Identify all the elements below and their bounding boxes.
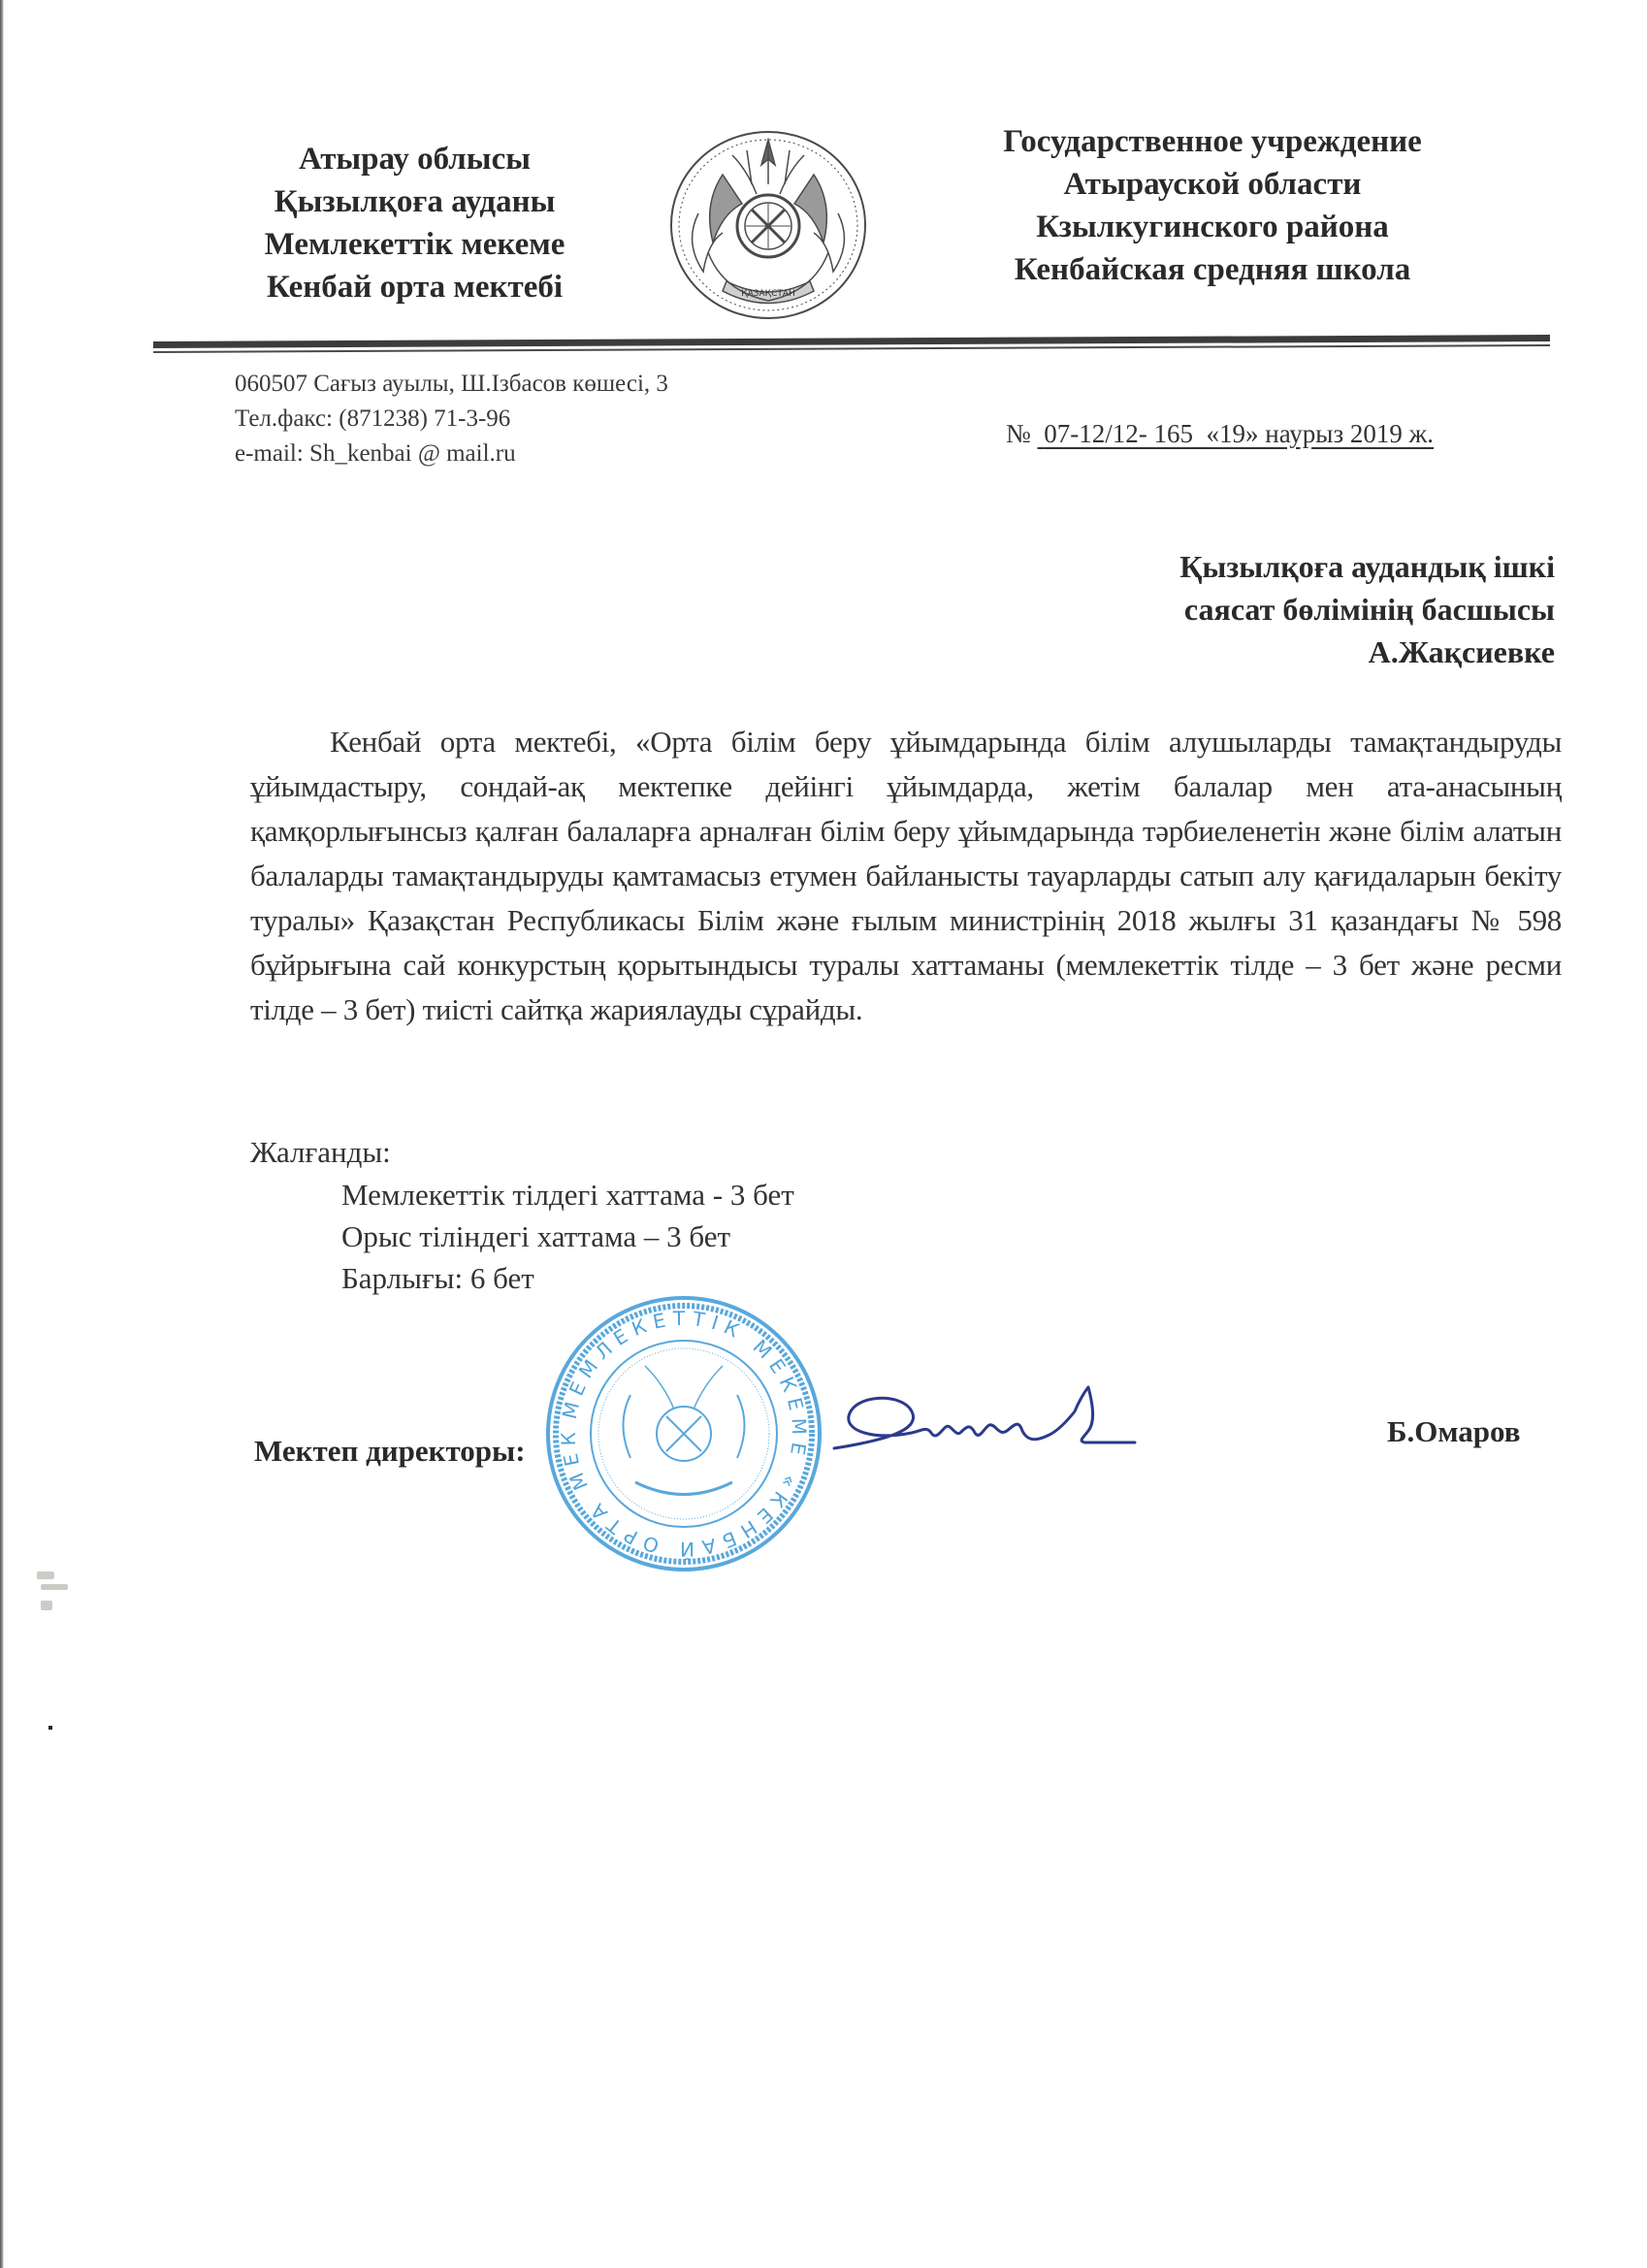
- header-right-line: Атырауской области: [951, 163, 1474, 206]
- scan-artifact: [41, 1584, 68, 1590]
- contact-block: 060507 Сағыз ауылы, Ш.Ізбасов көшесі, 3 …: [235, 367, 668, 471]
- handwritten-signature-icon: [824, 1373, 1145, 1479]
- header-org-kazakh: Атырау облысы Қызылқоға ауданы Мемлекетт…: [233, 138, 597, 308]
- header-left-line: Атырау облысы: [233, 138, 597, 180]
- registration-date: «19» наурыз 2019 ж.: [1207, 419, 1435, 448]
- body-paragraph: Кенбай орта мектебі, «Орта білім беру ұй…: [250, 725, 1562, 1026]
- header-left-line: Кенбай орта мектебі: [233, 266, 597, 308]
- addressee-block: Қызылқоға аудандық ішкі саясат бөлімінің…: [973, 545, 1555, 673]
- scan-artifact: [37, 1571, 54, 1579]
- addressee-line: А.Жақсиевке: [973, 631, 1555, 673]
- header-right-line: Государственное учреждение: [951, 120, 1474, 163]
- attachment-item: Орыс тіліндегі хаттама – 3 бет: [341, 1215, 794, 1257]
- registration-line: № 07-12/12- 165 «19» наурыз 2019 ж.: [1006, 419, 1434, 449]
- kazakhstan-state-emblem-icon: ҚАЗАҚСТАН: [664, 126, 873, 325]
- official-stamp-icon: МЕМЛЕКЕТТІК МЕКЕМЕ «КЕНБАЙ ОРТА МЕКТЕБІ»: [538, 1288, 829, 1579]
- header-right-line: Кенбайская средняя школа: [951, 248, 1474, 291]
- header-left-line: Мемлекеттік мекеме: [233, 223, 597, 266]
- email-text: e-mail: Sh_kenbai @ mail.ru: [235, 437, 668, 471]
- signatory-name: Б.Омаров: [1387, 1414, 1520, 1449]
- registration-number-date: 07-12/12- 165 «19» наурыз 2019 ж.: [1038, 419, 1435, 448]
- signatory-title: Мектеп директоры:: [254, 1434, 526, 1469]
- header-divider: [153, 335, 1550, 353]
- letter-body: Кенбай орта мектебі, «Орта білім беру ұй…: [250, 720, 1562, 1032]
- phone-text: Тел.факс: (871238) 71-3-96: [235, 402, 668, 437]
- number-sign: №: [1006, 419, 1031, 448]
- header-org-russian: Государственное учреждение Атырауской об…: [951, 120, 1474, 291]
- header-left-line: Қызылқоға ауданы: [233, 180, 597, 223]
- header-right-line: Кзылкугинского района: [951, 206, 1474, 248]
- attachments-title: Жалғанды:: [250, 1135, 391, 1170]
- registration-number: 07-12/12- 165: [1044, 419, 1193, 448]
- addressee-line: саясат бөлімінің басшысы: [973, 588, 1555, 631]
- attachment-item: Мемлекеттік тілдегі хаттама - 3 бет: [341, 1174, 794, 1215]
- svg-text:ҚАЗАҚСТАН: ҚАЗАҚСТАН: [741, 289, 795, 299]
- attachments-list: Мемлекеттік тілдегі хаттама - 3 бет Орыс…: [341, 1174, 794, 1299]
- scan-artifact: [41, 1601, 52, 1610]
- scan-edge: [0, 0, 4, 2268]
- addressee-line: Қызылқоға аудандық ішкі: [973, 545, 1555, 588]
- address-text: 060507 Сағыз ауылы, Ш.Ізбасов көшесі, 3: [235, 367, 668, 402]
- scan-artifact: [48, 1726, 52, 1730]
